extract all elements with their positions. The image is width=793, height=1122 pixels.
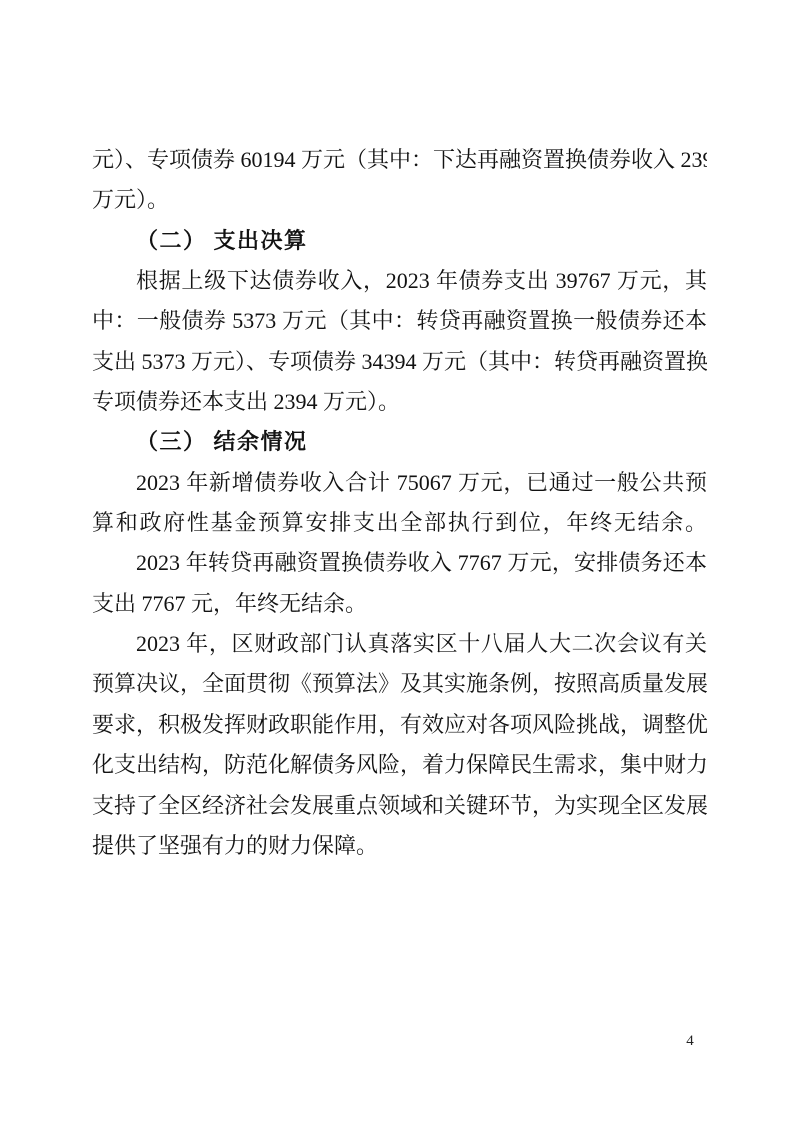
- paragraph-line: 2023 年，区财政部门认真落实区十八届人大二次会议有关: [92, 624, 707, 664]
- paragraph-line: 支持了全区经济社会发展重点领域和关键环节，为实现全区发展: [92, 786, 707, 826]
- paragraph-line: 2023 年转贷再融资置换债券收入 7767 万元，安排债务还本: [92, 543, 707, 583]
- page-number: 4: [680, 1033, 700, 1050]
- paragraph-line: 支出 7767 元，年终无结余。: [92, 584, 707, 624]
- section-heading-balance: （三） 结余情况: [92, 422, 707, 462]
- paragraph-line: 预算决议，全面贯彻《预算法》及其实施条例，按照高质量发展: [92, 664, 707, 704]
- paragraph-line: 元）、专项债券 60194 万元（其中：下达再融资置换债券收入 2394: [92, 140, 707, 180]
- paragraph-line: 要求，积极发挥财政职能作用，有效应对各项风险挑战，调整优: [92, 705, 707, 745]
- paragraph-line: 2023 年新增债券收入合计 75067 万元，已通过一般公共预: [92, 463, 707, 503]
- document-page: 元）、专项债券 60194 万元（其中：下达再融资置换债券收入 2394 万元）…: [0, 0, 793, 1122]
- section-heading-expenditure: （二） 支出决算: [92, 221, 707, 261]
- paragraph-line: 提供了坚强有力的财力保障。: [92, 826, 707, 866]
- paragraph-line: 专项债券还本支出 2394 万元）。: [92, 382, 707, 422]
- paragraph-line: 万元）。: [92, 180, 707, 220]
- paragraph-line: 化支出结构，防范化解债务风险，着力保障民生需求，集中财力: [92, 745, 707, 785]
- paragraph-line: 根据上级下达债券收入，2023 年债券支出 39767 万元，其: [92, 261, 707, 301]
- document-body: 元）、专项债券 60194 万元（其中：下达再融资置换债券收入 2394 万元）…: [92, 140, 707, 866]
- paragraph-line: 支出 5373 万元）、专项债券 34394 万元（其中：转贷再融资置换: [92, 342, 707, 382]
- paragraph-line: 算和政府性基金预算安排支出全部执行到位，年终无结余。: [92, 503, 707, 543]
- paragraph-line: 中：一般债券 5373 万元（其中：转贷再融资置换一般债券还本: [92, 301, 707, 341]
